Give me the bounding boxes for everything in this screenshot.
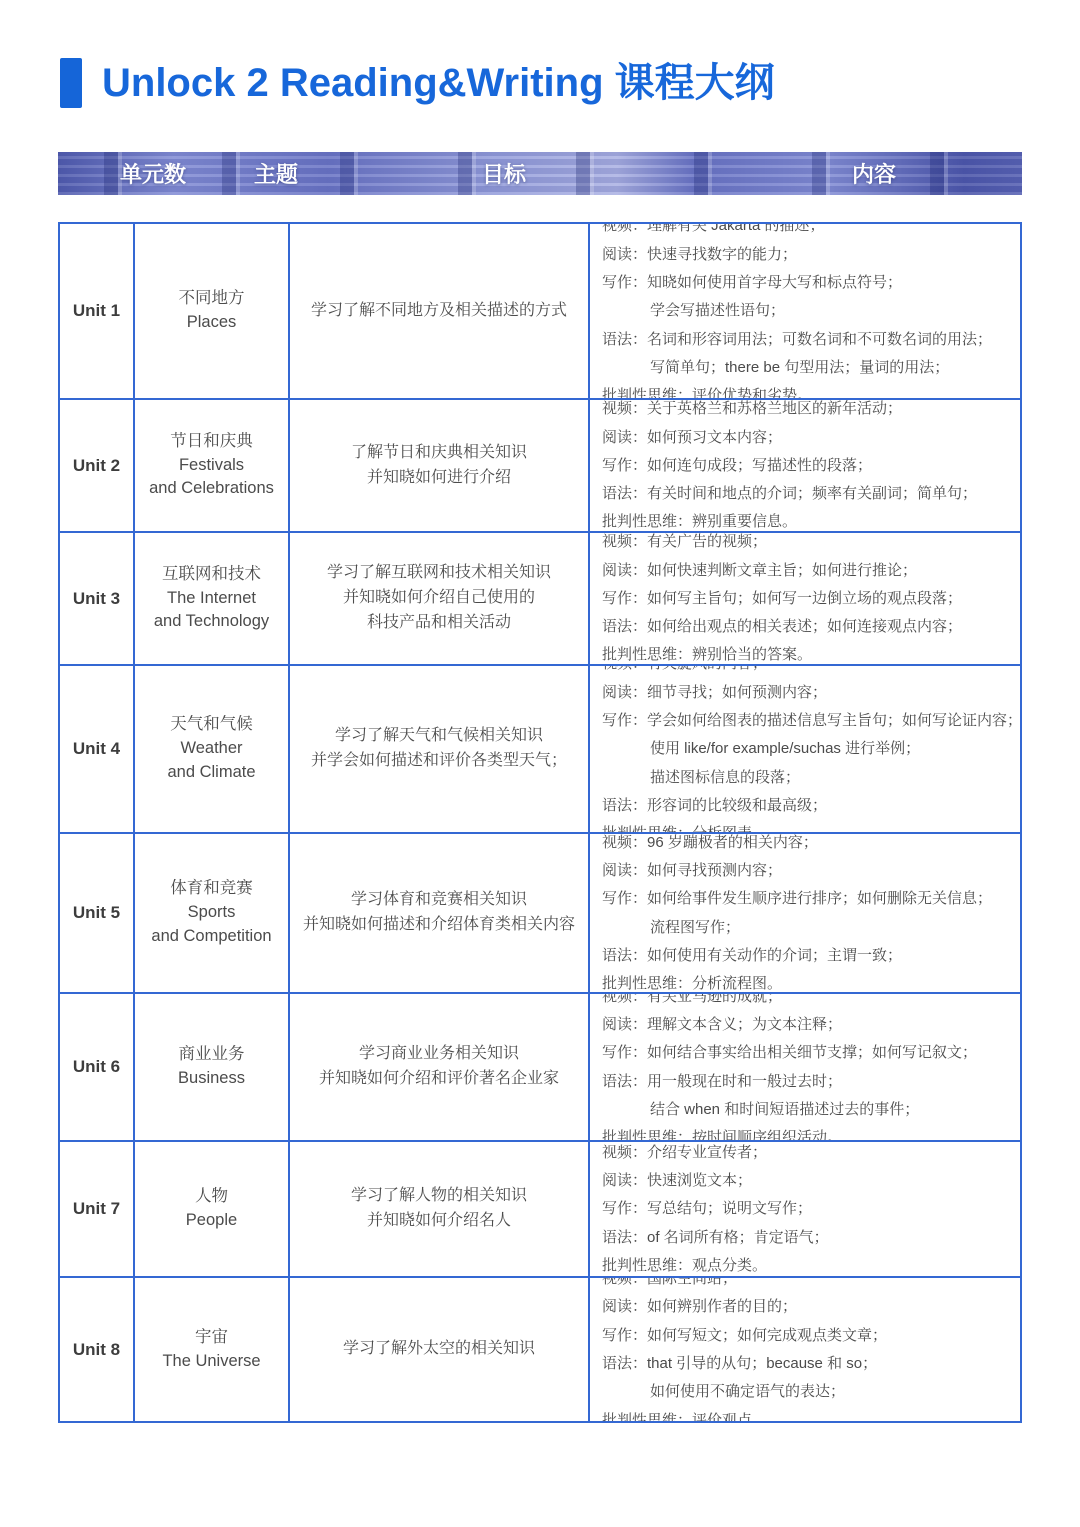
unit-cell: Unit 1 [60,224,135,398]
content-cell: 视频：关于英格兰和苏格兰地区的新年活动；阅读：如何预习文本内容；写作：如何连句成… [590,400,1020,531]
column-header-content: 内容 [852,152,896,195]
content-cell: 视频：有关旋风的内容；阅读：细节寻找；如何预测内容；写作：学会如何给图表的描述信… [590,666,1020,832]
table-row: Unit 3互联网和技术The Internetand Technology学习… [60,531,1020,664]
table-row: Unit 6商业业务Business学习商业业务相关知识并知晓如何介绍和评价著名… [60,992,1020,1140]
content-cell: 视频：有关广告的视频；阅读：如何快速判断文章主旨；如何进行推论；写作：如何写主旨… [590,533,1020,664]
topic-cell: 天气和气候Weatherand Climate [135,666,290,832]
header-band-image: 单元数 主题 目标 内容 [58,152,1022,195]
topic-cell: 人物People [135,1142,290,1276]
goal-cell: 学习了解外太空的相关知识 [290,1278,590,1421]
unit-cell: Unit 8 [60,1278,135,1421]
unit-cell: Unit 4 [60,666,135,832]
topic-cell: 体育和竞赛Sportsand Competition [135,834,290,992]
table-row: Unit 4天气和气候Weatherand Climate学习了解天气和气候相关… [60,664,1020,832]
topic-cell: 互联网和技术The Internetand Technology [135,533,290,664]
goal-cell: 学习了解天气和气候相关知识并学会如何描述和评价各类型天气； [290,666,590,832]
page-title: Unlock 2 Reading&Writing 课程大纲 [102,61,775,105]
goal-cell: 学习了解人物的相关知识并知晓如何介绍名人 [290,1142,590,1276]
course-outline-page: Unlock 2 Reading&Writing 课程大纲 单元数 主题 目标 … [0,0,1080,1527]
content-cell: 视频：96 岁蹦极者的相关内容；阅读：如何寻找预测内容；写作：如何给事件发生顺序… [590,834,1020,992]
table-row: Unit 8宇宙The Universe学习了解外太空的相关知识视频：国际空间站… [60,1276,1020,1421]
goal-cell: 学习了解互联网和技术相关知识并知晓如何介绍自己使用的科技产品和相关活动 [290,533,590,664]
title-block: Unlock 2 Reading&Writing 课程大纲 [60,58,775,108]
unit-cell: Unit 2 [60,400,135,531]
content-cell: 视频：介绍专业宣传者；阅读：快速浏览文本；写作：写总结句；说明文写作；语法：of… [590,1142,1020,1276]
column-header-unit: 单元数 [120,152,186,195]
column-header-goal: 目标 [482,152,526,195]
topic-cell: 不同地方Places [135,224,290,398]
title-accent-bar [60,58,82,108]
unit-cell: Unit 6 [60,994,135,1140]
table-row: Unit 5体育和竞赛Sportsand Competition学习体育和竞赛相… [60,832,1020,992]
content-cell: 视频：理解有关 Jakarta 的描述；阅读：快速寻找数字的能力；写作：知晓如何… [590,224,1020,398]
topic-cell: 商业业务Business [135,994,290,1140]
unit-cell: Unit 5 [60,834,135,992]
column-header-topic: 主题 [254,152,298,195]
goal-cell: 了解节日和庆典相关知识并知晓如何进行介绍 [290,400,590,531]
table-row: Unit 2节日和庆典Festivalsand Celebrations了解节日… [60,398,1020,531]
content-cell: 视频：国际空间站；阅读：如何辨别作者的目的；写作：如何写短文；如何完成观点类文章… [590,1278,1020,1421]
topic-cell: 宇宙The Universe [135,1278,290,1421]
course-table: Unit 1不同地方Places学习了解不同地方及相关描述的方式视频：理解有关 … [58,222,1022,1423]
table-row: Unit 1不同地方Places学习了解不同地方及相关描述的方式视频：理解有关 … [60,224,1020,398]
content-cell: 视频：有关亚马逊的成就；阅读：理解文本含义；为文本注释；写作：如何结合事实给出相… [590,994,1020,1140]
table-row: Unit 7人物People学习了解人物的相关知识并知晓如何介绍名人视频：介绍专… [60,1140,1020,1276]
goal-cell: 学习体育和竞赛相关知识并知晓如何描述和介绍体育类相关内容 [290,834,590,992]
unit-cell: Unit 7 [60,1142,135,1276]
unit-cell: Unit 3 [60,533,135,664]
topic-cell: 节日和庆典Festivalsand Celebrations [135,400,290,531]
goal-cell: 学习商业业务相关知识并知晓如何介绍和评价著名企业家 [290,994,590,1140]
goal-cell: 学习了解不同地方及相关描述的方式 [290,224,590,398]
